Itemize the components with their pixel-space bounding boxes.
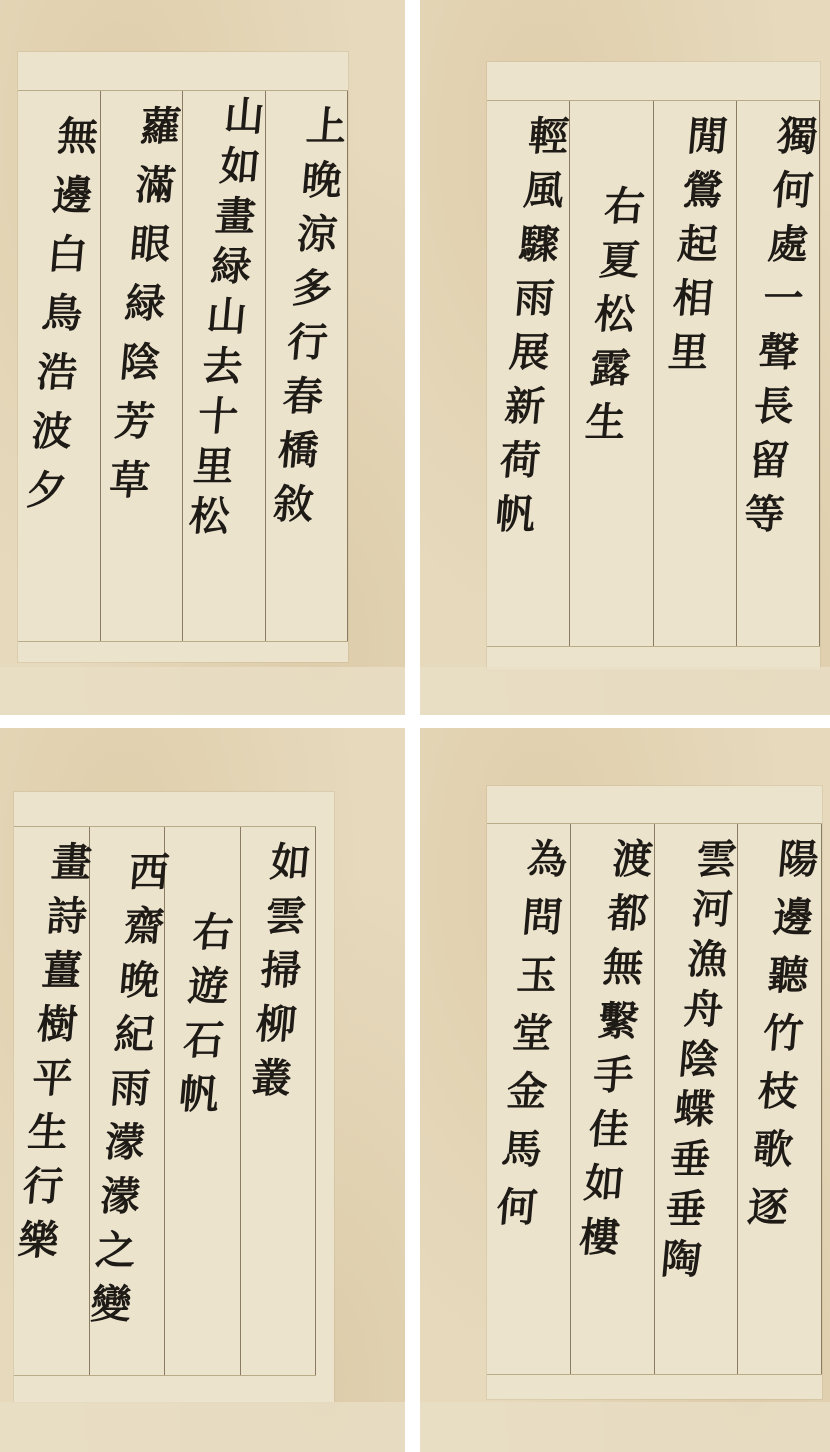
column-text: 西齋晚紀雨濛濛之變	[77, 851, 177, 1337]
text-column-3: 渡都無繫手佳如樓	[570, 824, 654, 1374]
column-text: 雲河漁舟陰蝶垂垂陶	[648, 838, 744, 1288]
ruled-columns: 陽邊聽竹枝歌逐 雲河漁舟陰蝶垂垂陶 渡都無繫手佳如樓 為問玉堂金馬何	[487, 823, 822, 1375]
album-leaf-bottom-left: 如雲掃柳叢 右遊石帆 西齋晚紀雨濛濛之變 畫詩薑樹平生行樂	[0, 728, 405, 1452]
text-column-2: 山如畫緑山去十里松	[182, 91, 265, 641]
column-text: 渡都無繫手佳如樓	[565, 838, 660, 1270]
text-column-1: 陽邊聽竹枝歌逐	[737, 824, 822, 1374]
text-column-4: 為問玉堂金馬何	[487, 824, 570, 1374]
ruled-columns: 如雲掃柳叢 右遊石帆 西齋晚紀雨濛濛之變 畫詩薑樹平生行樂	[14, 826, 316, 1376]
text-column-2: 雲河漁舟陰蝶垂垂陶	[654, 824, 738, 1374]
text-column-1: 上晚涼多行春橋敘	[265, 91, 349, 641]
text-column-1: 如雲掃柳叢	[240, 827, 317, 1375]
album-leaf-bottom-right: 陽邊聽竹枝歌逐 雲河漁舟陰蝶垂垂陶 渡都無繫手佳如樓 為問玉堂金馬何	[420, 728, 830, 1452]
column-text: 為問玉堂金馬何	[482, 838, 575, 1244]
text-column-4: 畫詩薑樹平生行樂	[14, 827, 89, 1375]
ruled-columns: 獨何處一聲長留等 閒鶯起相里 右夏松露生 輕風驟雨展新荷帆	[487, 100, 820, 647]
column-text: 如雲掃柳叢	[237, 841, 318, 1111]
album-leaf-top-left: 上晚涼多行春橋敘 山如畫緑山去十里松 蘿滿眼緑陰芳草 無邊白鳥浩波夕	[0, 0, 405, 715]
text-column-3: 蘿滿眼緑陰芳草	[100, 91, 183, 641]
column-text: 閒鶯起相里	[654, 115, 735, 385]
column-text: 上晚涼多行春橋敘	[259, 105, 354, 537]
text-column-3: 右夏松露生	[569, 101, 652, 646]
column-text: 右遊石帆	[164, 911, 240, 1127]
album-leaf-top-right: 獨何處一聲長留等 閒鶯起相里 右夏松露生 輕風驟雨展新荷帆	[420, 0, 830, 715]
text-column-4: 輕風驟雨展新荷帆	[487, 101, 569, 646]
column-text: 獨何處一聲長留等	[730, 115, 825, 547]
mount-border	[420, 667, 830, 715]
column-text: 右夏松露生	[571, 185, 652, 455]
column-text: 畫詩薑樹平生行樂	[4, 841, 99, 1273]
mount-border	[0, 1402, 405, 1452]
column-text: 輕風驟雨展新荷帆	[481, 115, 576, 547]
mount-border	[420, 1402, 830, 1452]
column-text: 陽邊聽竹枝歌逐	[733, 838, 826, 1244]
mount-border	[0, 667, 405, 715]
ruled-columns: 上晚涼多行春橋敘 山如畫緑山去十里松 蘿滿眼緑陰芳草 無邊白鳥浩波夕	[18, 90, 348, 642]
text-column-1: 獨何處一聲長留等	[736, 101, 820, 646]
text-column-4: 無邊白鳥浩波夕	[18, 91, 100, 641]
column-text: 無邊白鳥浩波夕	[12, 115, 105, 528]
text-column-2: 閒鶯起相里	[653, 101, 736, 646]
text-column-3: 西齋晚紀雨濛濛之變	[89, 827, 165, 1375]
column-text: 山如畫緑山去十里松	[176, 95, 272, 545]
column-text: 蘿滿眼緑陰芳草	[95, 105, 188, 518]
text-column-2: 右遊石帆	[164, 827, 240, 1375]
